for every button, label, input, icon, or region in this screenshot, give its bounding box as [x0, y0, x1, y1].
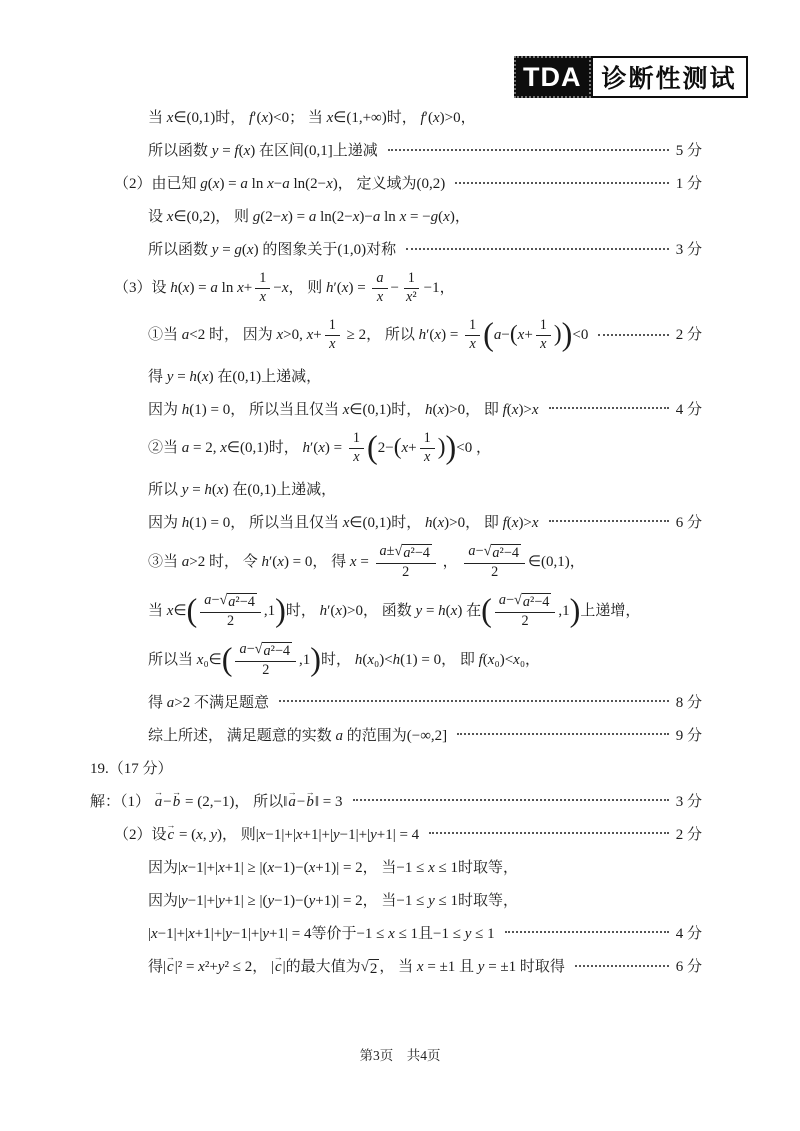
dot-leader — [549, 407, 669, 409]
score-label: 6 分 — [676, 511, 702, 532]
page-indicator: 第3页 共4页 — [360, 1048, 441, 1063]
line-text: ①当 a<2 时， 因为 x>0, x+1x ≥ 2， 所以 h′(x) = 1… — [148, 318, 588, 353]
score-label: 3 分 — [676, 238, 702, 259]
solution-line: 得|→c|² = x²+y² ≤ 2， |→c|的最大值为√2， 当 x = ±… — [148, 955, 702, 978]
vector-arrow-icon: → — [166, 821, 175, 830]
line-text: 所以 y = h(x) 在(0,1)上递减， — [148, 478, 336, 499]
solution-line: 因为|y−1|+|y+1| ≥ |(y−1)−(y+1)| = 2， 当−1 ≤… — [148, 889, 702, 910]
line-text: 得 a>2 不满足题意 — [148, 691, 269, 712]
dot-leader — [406, 248, 669, 250]
dot-leader — [388, 149, 669, 151]
line-text: 解：（1） →a−→b = (2,−1)， 所以‖→a−→b‖ = 3 — [90, 790, 343, 811]
dot-leader — [575, 965, 669, 967]
score-label: 8 分 — [676, 691, 702, 712]
score-label: 1 分 — [676, 172, 702, 193]
solution-line: 得 a>2 不满足题意 8 分 — [148, 691, 702, 712]
solution-line: ③当 a>2 时， 令 h′(x) = 0， 得 x = a±√a²−42 ， … — [148, 544, 702, 581]
solution-line: 设 x∈(0,2)， 则 g(2−x) = a ln(2−x)−a ln x =… — [148, 205, 702, 226]
line-text: 综上所述， 满足题意的实数 a 的范围为(−∞,2] — [148, 724, 447, 745]
solution-line: |x−1|+|x+1|+|y−1|+|y+1| = 4等价于−1 ≤ x ≤ 1… — [148, 922, 702, 943]
line-text: 所以函数 y = g(x) 的图象关于(1,0)对称 — [148, 238, 396, 259]
solution-content: 当 x∈(0,1)时， f′(x)<0； 当 x∈(1,+∞)时， f′(x)>… — [90, 106, 702, 990]
line-text: 所以当 x₀∈(a−√a²−42,1)时， h(x₀)<h(1) = 0， 即 … — [148, 642, 540, 679]
line-text: 因为 h(1) = 0， 所以当且仅当 x∈(0,1)时， h(x)>0， 即 … — [148, 398, 539, 419]
line-text: 因为 h(1) = 0， 所以当且仅当 x∈(0,1)时， h(x)>0， 即 … — [148, 511, 539, 532]
line-text: （2）由已知 g(x) = a ln x−a ln(2−x)， 定义域为(0,2… — [114, 172, 445, 193]
brand-logo: TDA 诊断性测试 — [514, 56, 748, 98]
line-text: 19.（17 分） — [90, 757, 173, 778]
solution-line: 所以函数 y = f(x) 在区间(0,1]上递减 5 分 — [148, 139, 702, 160]
line-text: 得 y = h(x) 在(0,1)上递减， — [148, 365, 321, 386]
page-footer: 第3页 共4页 — [0, 1044, 800, 1064]
dot-leader — [353, 799, 669, 801]
dot-leader — [455, 182, 668, 184]
solution-line: 所以当 x₀∈(a−√a²−42,1)时， h(x₀)<h(1) = 0， 即 … — [148, 642, 702, 679]
score-label: 5 分 — [676, 139, 702, 160]
dot-leader — [279, 700, 669, 702]
solution-line: 当 x∈(a−√a²−42,1)时， h′(x)>0， 函数 y = h(x) … — [148, 593, 702, 630]
brand-name-label: 诊断性测试 — [591, 56, 748, 98]
solution-line: 所以 y = h(x) 在(0,1)上递减， — [148, 478, 702, 499]
exam-answer-page: TDA 诊断性测试 当 x∈(0,1)时， f′(x)<0； 当 x∈(1,+∞… — [0, 0, 800, 1131]
dot-leader — [549, 520, 669, 522]
line-text: 当 x∈(a−√a²−42,1)时， h′(x)>0， 函数 y = h(x) … — [148, 593, 640, 630]
line-text: ②当 a = 2, x∈(0,1)时， h′(x) = 1x(2−(x+1x))… — [148, 431, 491, 466]
line-text: 因为|x−1|+|x+1| ≥ |(x−1)−(x+1)| = 2， 当−1 ≤… — [148, 856, 518, 877]
line-text: 得|→c|² = x²+y² ≤ 2， |→c|的最大值为√2， 当 x = ±… — [148, 955, 565, 978]
score-label: 4 分 — [676, 398, 702, 419]
line-text: |x−1|+|x+1|+|y−1|+|y+1| = 4等价于−1 ≤ x ≤ 1… — [148, 922, 495, 943]
dot-leader — [457, 733, 669, 735]
vector-arrow-icon: → — [166, 953, 175, 962]
solution-line: ①当 a<2 时， 因为 x>0, x+1x ≥ 2， 所以 h′(x) = 1… — [148, 318, 702, 353]
line-text: （2）设→c = (x, y)， 则|x−1|+|x+1|+|y−1|+|y+1… — [114, 823, 419, 844]
dot-leader — [505, 931, 669, 933]
line-text: ③当 a>2 时， 令 h′(x) = 0， 得 x = a±√a²−42 ， … — [148, 544, 585, 581]
line-text: 所以函数 y = f(x) 在区间(0,1]上递减 — [148, 139, 378, 160]
vector-arrow-icon: → — [274, 953, 283, 962]
solution-line: 综上所述， 满足题意的实数 a 的范围为(−∞,2] 9 分 — [148, 724, 702, 745]
score-label: 3 分 — [676, 790, 702, 811]
solution-line: 所以函数 y = g(x) 的图象关于(1,0)对称 3 分 — [148, 238, 702, 259]
vector-arrow-icon: → — [288, 788, 297, 797]
solution-line: 因为 h(1) = 0， 所以当且仅当 x∈(0,1)时， h(x)>0， 即 … — [148, 511, 702, 532]
solution-line: 解：（1） →a−→b = (2,−1)， 所以‖→a−→b‖ = 3 3 分 — [90, 790, 702, 811]
solution-line: ②当 a = 2, x∈(0,1)时， h′(x) = 1x(2−(x+1x))… — [148, 431, 702, 466]
score-label: 9 分 — [676, 724, 702, 745]
brand-abbr-badge: TDA — [514, 56, 591, 98]
solution-line: 当 x∈(0,1)时， f′(x)<0； 当 x∈(1,+∞)时， f′(x)>… — [148, 106, 702, 127]
dot-leader — [429, 832, 669, 834]
line-text: 当 x∈(0,1)时， f′(x)<0； 当 x∈(1,+∞)时， f′(x)>… — [148, 106, 476, 127]
solution-line: 因为|x−1|+|x+1| ≥ |(x−1)−(x+1)| = 2， 当−1 ≤… — [148, 856, 702, 877]
solution-line: （3）设 h(x) = a ln x+1x−x， 则 h′(x) = ax−1x… — [114, 271, 702, 306]
solution-line: （2）设→c = (x, y)， 则|x−1|+|x+1|+|y−1|+|y+1… — [114, 823, 702, 844]
solution-line: 得 y = h(x) 在(0,1)上递减， — [148, 365, 702, 386]
score-label: 6 分 — [676, 955, 702, 976]
score-label: 2 分 — [676, 323, 702, 344]
dot-leader — [598, 334, 668, 336]
vector-arrow-icon: → — [172, 788, 181, 797]
solution-line: 因为 h(1) = 0， 所以当且仅当 x∈(0,1)时， h(x)>0， 即 … — [148, 398, 702, 419]
score-label: 2 分 — [676, 823, 702, 844]
score-label: 4 分 — [676, 922, 702, 943]
vector-arrow-icon: → — [154, 788, 163, 797]
solution-line: 19.（17 分） — [90, 757, 702, 778]
line-text: 因为|y−1|+|y+1| ≥ |(y−1)−(y+1)| = 2， 当−1 ≤… — [148, 889, 518, 910]
solution-line: （2）由已知 g(x) = a ln x−a ln(2−x)， 定义域为(0,2… — [114, 172, 702, 193]
vector-arrow-icon: → — [306, 788, 315, 797]
line-text: （3）设 h(x) = a ln x+1x−x， 则 h′(x) = ax−1x… — [114, 271, 455, 306]
line-text: 设 x∈(0,2)， 则 g(2−x) = a ln(2−x)−a ln x =… — [148, 205, 470, 226]
